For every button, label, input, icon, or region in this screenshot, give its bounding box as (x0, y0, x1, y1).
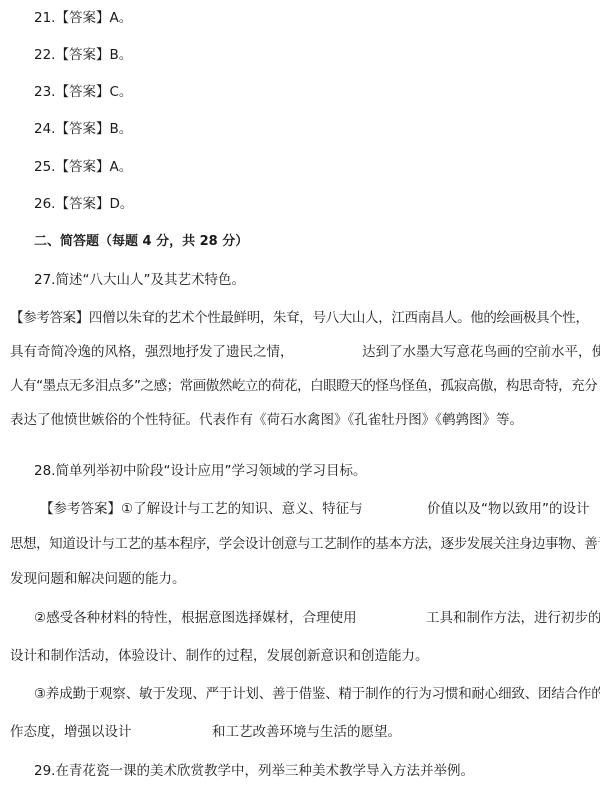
answer-tag: 【答案】 (55, 10, 109, 26)
answer-tag: 【答案】 (55, 196, 109, 212)
q28-answer-line-2: 思想，知道设计与工艺的基本程序，学会设计创意与工艺制作的基本方法，逐步发展关注身… (10, 535, 600, 553)
q27-answer-line-2b: 达到了水墨大写意花鸟画的空前水平，使 (362, 343, 600, 361)
question-number: 21. (34, 10, 55, 26)
q28-answer-line-7a: 作态度，增强以设计 (10, 723, 132, 741)
answer-line-22: 22.【答案】B。 (34, 46, 132, 64)
q28-answer-line-4a: ②感受各种材料的特性，根据意图选择媒材，合理使用 (34, 609, 357, 627)
answer-line-21: 21.【答案】A。 (34, 9, 132, 27)
question-29: 29.在青花瓷一课的美术欣赏教学中，列举三种美术教学导入方法并举例。 (34, 762, 474, 780)
answer-tag: 【答案】 (55, 121, 109, 137)
question-number: 23. (34, 84, 55, 100)
q28-answer-line-7b: 和工艺改善环境与生活的愿望。 (212, 723, 401, 741)
answer-tag: 【答案】 (55, 47, 109, 63)
q28-answer-line-3: 发现问题和解决问题的能力。 (10, 570, 186, 588)
question-number: 24. (34, 121, 55, 137)
answer-line-25: 25.【答案】A。 (34, 158, 132, 176)
q28-answer-line-5: 设计和制作活动，体验设计、制作的过程，发展创新意识和创造能力。 (10, 647, 429, 665)
section-heading: 二、简答题（每题 4 分，共 28 分） (34, 233, 248, 251)
answer-value: D。 (109, 196, 133, 212)
question-number: 22. (34, 47, 55, 63)
q28-answer-line-1a: 【参考答案】①了解设计与工艺的知识、意义、特征与 (40, 500, 363, 518)
question-number: 25. (34, 159, 55, 175)
q28-answer-line-1b: 价值以及“物以致用”的设计 (427, 500, 590, 518)
question-27: 27.简述“八大山人”及其艺术特色。 (34, 271, 245, 289)
answer-value: A。 (109, 10, 132, 26)
q27-answer-line-2a: 具有奇简冷逸的风格，强烈地抒发了遗民之情， (10, 343, 294, 361)
q28-answer-line-4b: 工具和制作方法，进行初步的 (426, 609, 600, 627)
answer-line-24: 24.【答案】B。 (34, 120, 132, 138)
question-28: 28.简单列举初中阶段“设计应用”学习领域的学习目标。 (34, 462, 366, 480)
q28-answer-line-6: ③养成勤于观察、敏于发现、严于计划、善于借鉴、精于制作的行为习惯和耐心细致、团结… (34, 685, 600, 703)
answer-line-26: 26.【答案】D。 (34, 195, 133, 213)
answer-tag: 【答案】 (55, 84, 109, 100)
answer-tag: 【答案】 (55, 159, 109, 175)
answer-value: A。 (109, 159, 132, 175)
answer-value: C。 (109, 84, 132, 100)
question-number: 26. (34, 196, 55, 212)
q27-answer-line-3: 人有“墨点无多泪点多”之感；常画傲然屹立的荷花，白眼瞪天的怪鸟怪鱼，孤寂高傲，构… (10, 377, 597, 395)
q27-answer-line-4: 表达了他愤世嫉俗的个性特征。代表作有《荷石水禽图》《孔雀牡丹图》《鹌鹑图》等。 (10, 411, 523, 429)
answer-value: B。 (109, 47, 132, 63)
q27-answer-line-1: 【参考答案】四僧以朱耷的艺术个性最鲜明，朱耷，号八大山人，江西南昌人。他的绘画极… (10, 309, 589, 327)
answer-value: B。 (109, 121, 132, 137)
answer-line-23: 23.【答案】C。 (34, 83, 132, 101)
